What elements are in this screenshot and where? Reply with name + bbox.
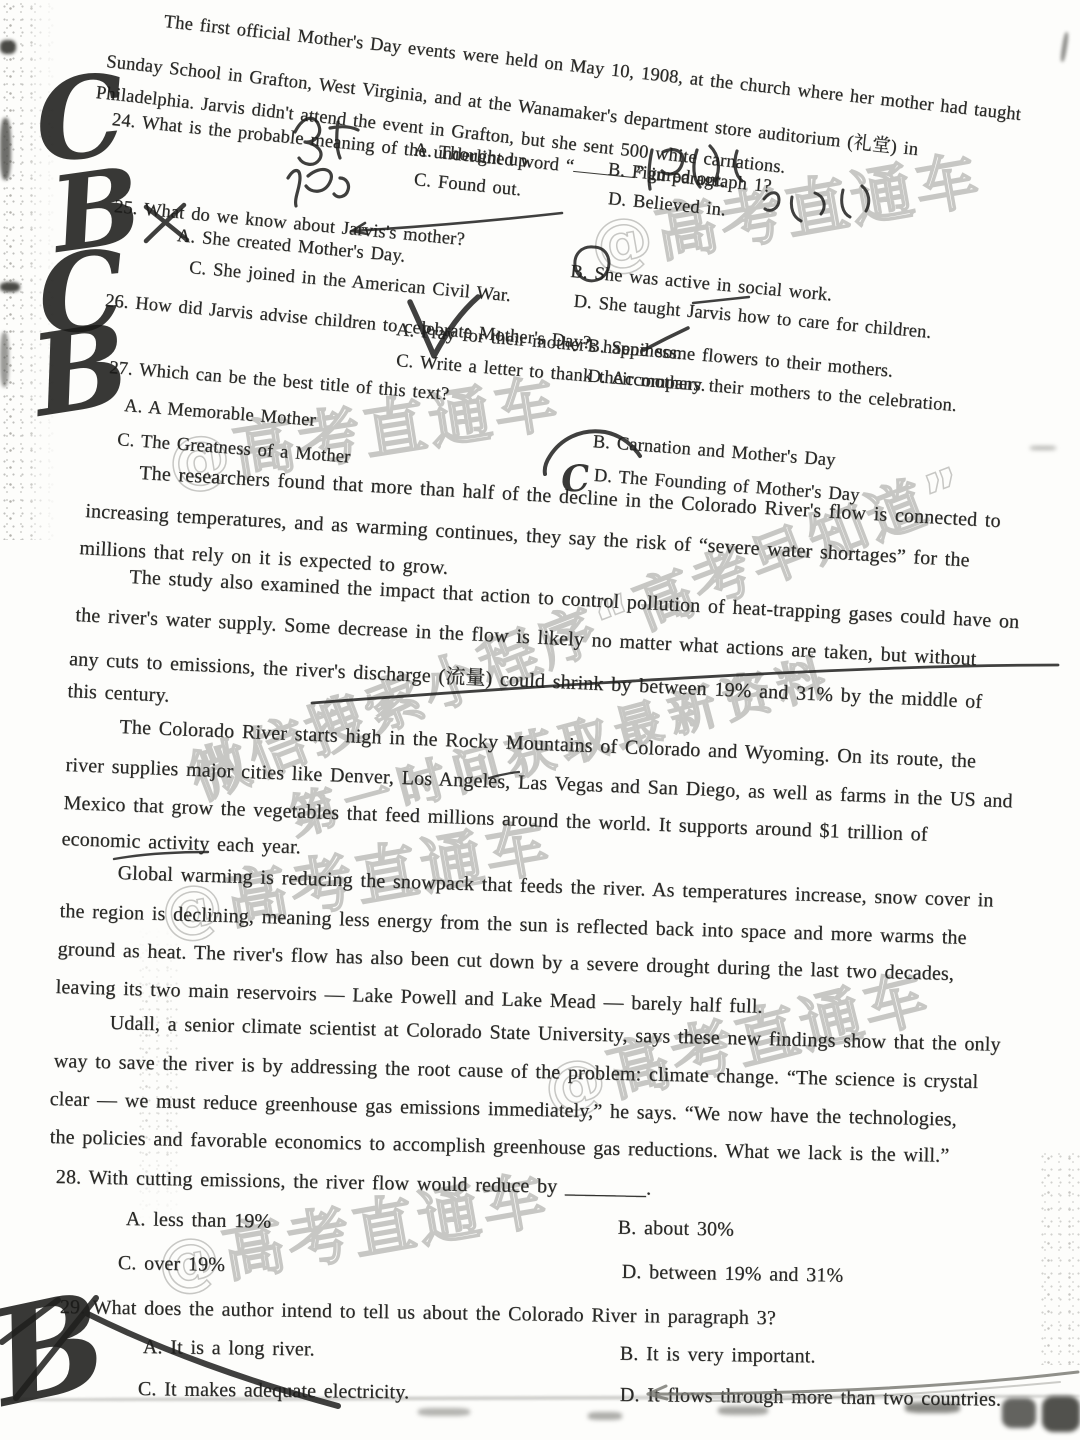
option-29-c: C. It makes adequate electricity. — [138, 1378, 410, 1403]
right-edge-scan-noise — [1038, 1150, 1080, 1365]
question-28-options-row2: C. over 19% D. between 19% and 31% — [118, 1252, 226, 1277]
passage-line: the policies and favorable economics to … — [50, 1126, 950, 1168]
option-29-a: A. It is a long river. — [143, 1336, 315, 1360]
option-25-c: C. She joined in the American Civil War. — [188, 258, 511, 306]
question-29-options-row2: C. It makes adequate electricity. D. It … — [138, 1378, 410, 1404]
question-29-stem: 29. What does the author intend to tell … — [60, 1296, 776, 1330]
option-28-d: D. between 19% and 31% — [622, 1261, 844, 1288]
handwritten-annotation-scribble — [764, 186, 869, 221]
question-29-options-row1: A. It is a long river. B. It is very imp… — [143, 1336, 315, 1361]
bottom-edge-smudge — [1002, 1398, 1036, 1428]
scan-edge-blot — [0, 332, 9, 387]
option-29-b: B. It is very important. — [620, 1343, 816, 1369]
option-25-d: D. She taught Jarvis how to care for chi… — [573, 292, 932, 344]
passage-line: clear — we must reduce greenhouse gas em… — [49, 1088, 957, 1132]
handwritten-answer-29: B — [0, 1262, 120, 1438]
option-28-b: B. about 30% — [618, 1217, 735, 1242]
bottom-edge-smudge — [418, 1408, 470, 1416]
bottom-edge-smudge — [1042, 1396, 1080, 1432]
option-27-a: A. A Memorable Mother — [123, 396, 316, 431]
scan-edge-blot — [0, 118, 11, 180]
question-24-options-row2: C. Found out. D. Believed in. — [413, 170, 522, 201]
passage-line: this century. — [67, 680, 170, 708]
scan-smudge — [1030, 446, 1056, 450]
option-28-a: A. less than 19% — [126, 1208, 272, 1233]
passage-line: Udall, a senior climate scientist at Col… — [109, 1012, 1000, 1057]
passage-line: economic activity each year. — [61, 828, 301, 859]
option-27-b: B. Carnation and Mother's Day — [592, 432, 836, 472]
option-28-c: C. over 19% — [118, 1252, 226, 1276]
question-28-options-row1: A. less than 19% B. about 30% — [126, 1208, 272, 1234]
passage-line: way to save the river is by addressing t… — [53, 1050, 978, 1094]
option-26-d: D. Accompany their mothers to the celebr… — [587, 366, 958, 417]
scan-edge-blot — [1060, 32, 1070, 62]
scan-edge-blot — [0, 282, 20, 292]
option-24-c: C. Found out. — [413, 170, 522, 200]
bottom-edge-smudge — [588, 1412, 622, 1420]
left-edge-scan-noise — [0, 0, 56, 540]
option-24-d: D. Believed in. — [607, 189, 727, 221]
exam-scan-page: @高考直通车 @高考直通车 @高考直通车 @高考直通车 @高考直通车 微信搜索小… — [0, 0, 1080, 1440]
question-25-options-row2: C. She joined in the American Civil War.… — [188, 258, 511, 307]
option-29-d: D. It flows through more than two countr… — [620, 1384, 1002, 1412]
question-27-options-row1: A. A Memorable Mother B. Carnation and M… — [123, 396, 316, 432]
scan-edge-blot — [0, 40, 16, 54]
